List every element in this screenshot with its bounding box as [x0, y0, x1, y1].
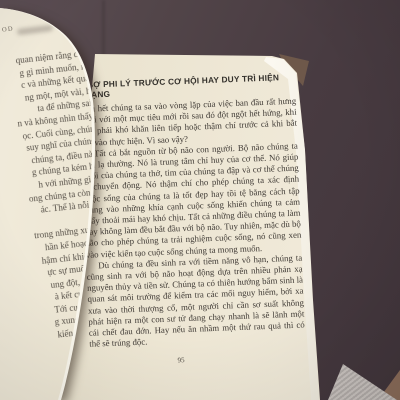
left-page-text-fragments: quan niệm rằng chúg gì mình muốn, mc và …: [0, 48, 116, 357]
blur-smudge: [17, 25, 53, 35]
book-photo: PHƯƠNG TRÌNH MÀU NHIỆM E SỢ PHI LÝ TRƯỚC…: [0, 0, 400, 400]
left-page: OD quan niệm rằng chúg gì mình muốn, mc …: [0, 0, 400, 400]
left-running-header-fragment: OD: [2, 25, 15, 33]
left-page-group: OD quan niệm rằng chúg gì mình muốn, mc …: [0, 0, 400, 400]
